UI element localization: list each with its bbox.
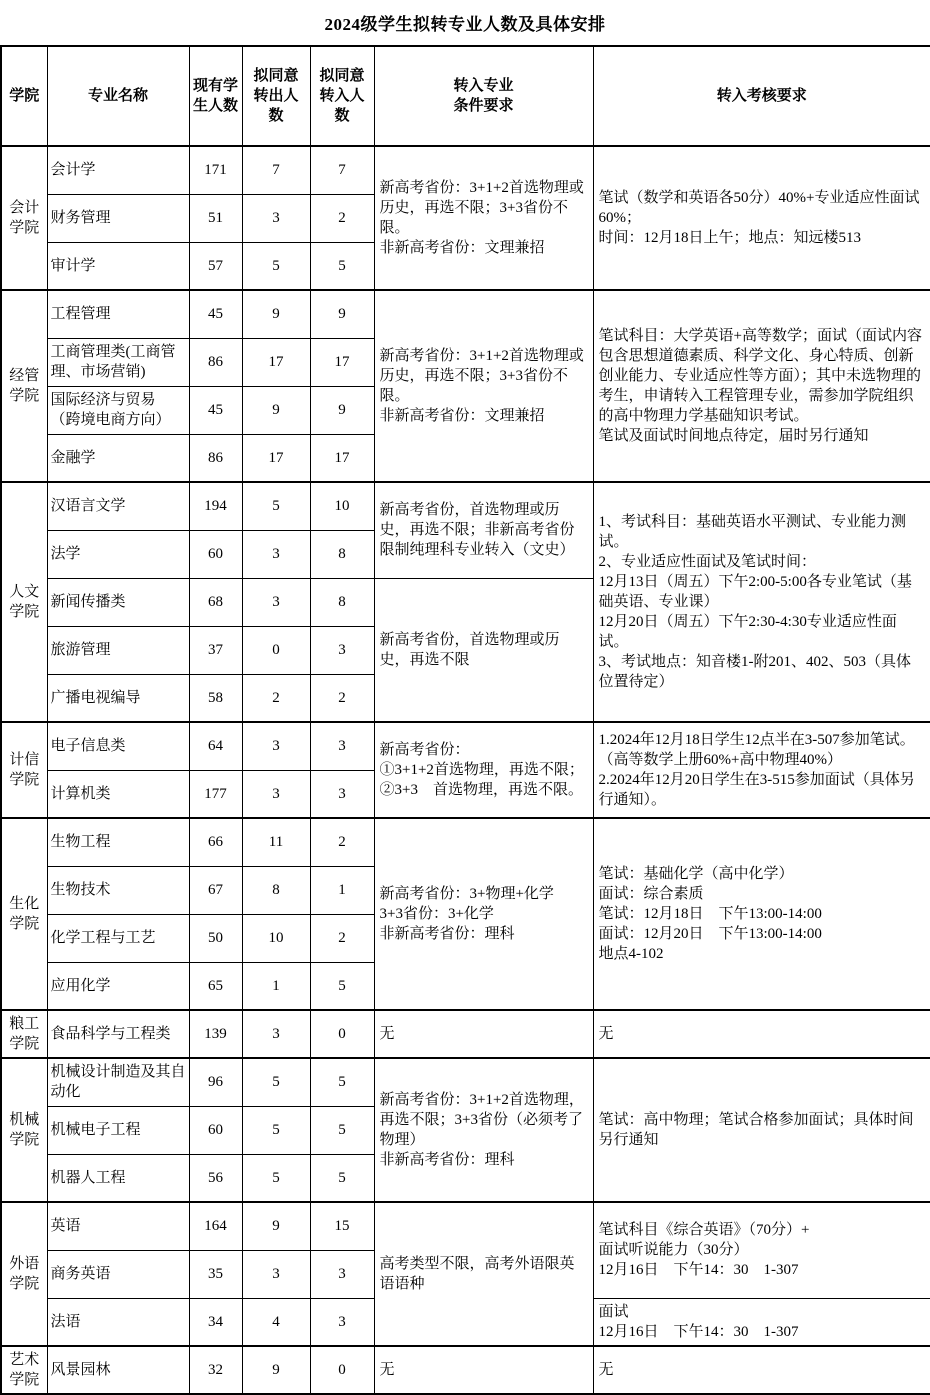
header-current: 现有学 生人数 — [189, 46, 242, 146]
major-cell: 法语 — [47, 1298, 189, 1346]
current-count-cell: 194 — [189, 482, 242, 530]
transfer-in-cell: 10 — [310, 482, 374, 530]
major-cell: 汉语言文学 — [47, 482, 189, 530]
transfer-in-cell: 5 — [310, 962, 374, 1010]
transfer-in-cell: 2 — [310, 818, 374, 866]
transfer-out-cell: 5 — [242, 1154, 310, 1202]
transfer-out-cell: 3 — [242, 194, 310, 242]
transfer-out-cell: 3 — [242, 722, 310, 770]
condition-cell: 新高考省份：3+1+2首选物理或历史，再选不限；3+3省份不限。 非新高考省份：… — [374, 290, 593, 482]
assessment-cell: 笔试（数学和英语各50分）40%+专业适应性面试60%； 时间：12月18日上午… — [593, 146, 930, 290]
transfer-in-cell: 3 — [310, 1250, 374, 1298]
current-count-cell: 68 — [189, 578, 242, 626]
assessment-cell: 笔试：高中物理；笔试合格参加面试；具体时间另行通知 — [593, 1058, 930, 1202]
major-cell: 风景园林 — [47, 1346, 189, 1394]
header-row: 学院 专业名称 现有学 生人数 拟同意 转出人 数 拟同意 转入人 数 转入专业… — [1, 46, 930, 146]
table-row: 人文 学院 汉语言文学 194 5 10 新高考省份，首选物理或历史，再选不限；… — [1, 482, 930, 530]
transfer-out-cell: 9 — [242, 386, 310, 434]
current-count-cell: 57 — [189, 242, 242, 290]
major-cell: 应用化学 — [47, 962, 189, 1010]
table-row: 粮工 学院 食品科学与工程类 139 3 0 无 无 — [1, 1010, 930, 1058]
current-count-cell: 60 — [189, 1106, 242, 1154]
transfer-out-cell: 5 — [242, 242, 310, 290]
transfer-in-cell: 9 — [310, 290, 374, 338]
current-count-cell: 67 — [189, 866, 242, 914]
assessment-cell: 笔试科目：大学英语+高等数学；面试（面试内容包含思想道德素质、科学文化、身心特质… — [593, 290, 930, 482]
major-cell: 英语 — [47, 1202, 189, 1250]
transfer-in-cell: 8 — [310, 578, 374, 626]
header-transfer-in: 拟同意 转入人 数 — [310, 46, 374, 146]
transfer-in-cell: 2 — [310, 194, 374, 242]
transfer-in-cell: 1 — [310, 866, 374, 914]
condition-cell: 新高考省份：3+1+2首选物理或历史，再选不限；3+3省份不限。 非新高考省份：… — [374, 146, 593, 290]
transfer-out-cell: 1 — [242, 962, 310, 1010]
major-cell: 会计学 — [47, 146, 189, 194]
transfer-in-cell: 5 — [310, 1154, 374, 1202]
transfer-in-cell: 3 — [310, 1298, 374, 1346]
transfer-in-cell: 3 — [310, 770, 374, 818]
table-row: 生化 学院 生物工程 66 11 2 新高考省份：3+物理+化学 3+3省份：3… — [1, 818, 930, 866]
current-count-cell: 50 — [189, 914, 242, 962]
current-count-cell: 177 — [189, 770, 242, 818]
transfer-in-cell: 5 — [310, 242, 374, 290]
table-row: 经管 学院 工程管理 45 9 9 新高考省份：3+1+2首选物理或历史，再选不… — [1, 290, 930, 338]
assessment-cell: 笔试：基础化学（高中化学） 面试：综合素质 笔试：12月18日 下午13:00-… — [593, 818, 930, 1010]
major-cell: 旅游管理 — [47, 626, 189, 674]
current-count-cell: 86 — [189, 434, 242, 482]
condition-cell: 新高考省份，首选物理或历史，再选不限 — [374, 578, 593, 722]
major-cell: 审计学 — [47, 242, 189, 290]
transfer-out-cell: 17 — [242, 434, 310, 482]
transfer-in-cell: 8 — [310, 530, 374, 578]
transfer-out-cell: 9 — [242, 1202, 310, 1250]
transfer-out-cell: 5 — [242, 482, 310, 530]
table-row: 外语 学院 英语 164 9 15 高考类型不限，高考外语限英语语种 笔试科目《… — [1, 1202, 930, 1250]
major-cell: 机械电子工程 — [47, 1106, 189, 1154]
college-name-cell: 生化 学院 — [1, 818, 47, 1010]
current-count-cell: 58 — [189, 674, 242, 722]
table-row: 艺术 学院 风景园林 32 9 0 无 无 — [1, 1346, 930, 1394]
transfer-out-cell: 3 — [242, 530, 310, 578]
transfer-in-cell: 17 — [310, 338, 374, 386]
current-count-cell: 66 — [189, 818, 242, 866]
current-count-cell: 96 — [189, 1058, 242, 1106]
current-count-cell: 86 — [189, 338, 242, 386]
major-cell: 金融学 — [47, 434, 189, 482]
major-cell: 法学 — [47, 530, 189, 578]
condition-cell: 新高考省份，首选物理或历史，再选不限；非新高考省份限制纯理科专业转入（文史） — [374, 482, 593, 578]
current-count-cell: 139 — [189, 1010, 242, 1058]
transfer-out-cell: 9 — [242, 1346, 310, 1394]
transfer-in-cell: 0 — [310, 1346, 374, 1394]
major-cell: 广播电视编导 — [47, 674, 189, 722]
transfer-in-cell: 9 — [310, 386, 374, 434]
major-cell: 食品科学与工程类 — [47, 1010, 189, 1058]
current-count-cell: 64 — [189, 722, 242, 770]
transfer-in-cell: 5 — [310, 1058, 374, 1106]
transfer-in-cell: 15 — [310, 1202, 374, 1250]
current-count-cell: 171 — [189, 146, 242, 194]
transfer-out-cell: 3 — [242, 578, 310, 626]
current-count-cell: 35 — [189, 1250, 242, 1298]
college-name-cell: 人文 学院 — [1, 482, 47, 722]
transfer-out-cell: 7 — [242, 146, 310, 194]
transfer-in-cell: 0 — [310, 1010, 374, 1058]
transfer-in-cell: 3 — [310, 722, 374, 770]
major-cell: 化学工程与工艺 — [47, 914, 189, 962]
header-condition: 转入专业 条件要求 — [374, 46, 593, 146]
major-cell: 国际经济与贸易 （跨境电商方向） — [47, 386, 189, 434]
current-count-cell: 32 — [189, 1346, 242, 1394]
major-cell: 生物技术 — [47, 866, 189, 914]
condition-cell: 无 — [374, 1010, 593, 1058]
major-cell: 新闻传播类 — [47, 578, 189, 626]
current-count-cell: 60 — [189, 530, 242, 578]
current-count-cell: 37 — [189, 626, 242, 674]
page-title: 2024级学生拟转专业人数及具体安排 — [0, 0, 930, 45]
condition-cell: 无 — [374, 1346, 593, 1394]
college-name-cell: 经管 学院 — [1, 290, 47, 482]
major-cell: 机械设计制造及其自动化 — [47, 1058, 189, 1106]
condition-cell: 高考类型不限，高考外语限英语语种 — [374, 1202, 593, 1346]
major-cell: 生物工程 — [47, 818, 189, 866]
college-name-cell: 会计 学院 — [1, 146, 47, 290]
table-row: 机械 学院 机械设计制造及其自动化 96 5 5 新高考省份：3+1+2首选物理… — [1, 1058, 930, 1106]
current-count-cell: 45 — [189, 386, 242, 434]
transfer-in-cell: 5 — [310, 1106, 374, 1154]
transfer-out-cell: 17 — [242, 338, 310, 386]
assessment-cell: 笔试科目《综合英语》（70分）+ 面试听说能力（30分） 12月16日 下午14… — [593, 1202, 930, 1298]
transfer-in-cell: 17 — [310, 434, 374, 482]
header-major: 专业名称 — [47, 46, 189, 146]
transfer-out-cell: 0 — [242, 626, 310, 674]
college-name-cell: 计信 学院 — [1, 722, 47, 818]
transfer-out-cell: 2 — [242, 674, 310, 722]
transfer-in-cell: 2 — [310, 914, 374, 962]
header-assessment: 转入考核要求 — [593, 46, 930, 146]
header-college: 学院 — [1, 46, 47, 146]
transfer-out-cell: 8 — [242, 866, 310, 914]
college-name-cell: 艺术 学院 — [1, 1346, 47, 1394]
major-cell: 电子信息类 — [47, 722, 189, 770]
major-cell: 财务管理 — [47, 194, 189, 242]
current-count-cell: 51 — [189, 194, 242, 242]
transfer-in-cell: 3 — [310, 626, 374, 674]
current-count-cell: 56 — [189, 1154, 242, 1202]
current-count-cell: 65 — [189, 962, 242, 1010]
current-count-cell: 34 — [189, 1298, 242, 1346]
assessment-cell: 面试 12月16日 下午14：30 1-307 — [593, 1298, 930, 1346]
table-row: 会计 学院 会计学 171 7 7 新高考省份：3+1+2首选物理或历史，再选不… — [1, 146, 930, 194]
transfer-in-cell: 7 — [310, 146, 374, 194]
major-cell: 工程管理 — [47, 290, 189, 338]
condition-cell: 新高考省份： ①3+1+2首选物理，再选不限； ②3+3 首选物理，再选不限。 — [374, 722, 593, 818]
transfer-out-cell: 9 — [242, 290, 310, 338]
assessment-cell: 1、考试科目：基础英语水平测试、专业能力测试。 2、专业适应性面试及笔试时间： … — [593, 482, 930, 722]
header-transfer-out: 拟同意 转出人 数 — [242, 46, 310, 146]
major-cell: 机器人工程 — [47, 1154, 189, 1202]
transfer-out-cell: 3 — [242, 770, 310, 818]
transfer-out-cell: 4 — [242, 1298, 310, 1346]
transfer-out-cell: 3 — [242, 1250, 310, 1298]
transfer-out-cell: 3 — [242, 1010, 310, 1058]
major-cell: 计算机类 — [47, 770, 189, 818]
assessment-cell: 无 — [593, 1010, 930, 1058]
condition-cell: 新高考省份：3+1+2首选物理，再选不限；3+3省份（必须考了物理） 非新高考省… — [374, 1058, 593, 1202]
college-name-cell: 机械 学院 — [1, 1058, 47, 1202]
table-row: 计信 学院 电子信息类 64 3 3 新高考省份： ①3+1+2首选物理，再选不… — [1, 722, 930, 770]
transfer-out-cell: 10 — [242, 914, 310, 962]
major-cell: 商务英语 — [47, 1250, 189, 1298]
current-count-cell: 45 — [189, 290, 242, 338]
assessment-cell: 无 — [593, 1346, 930, 1394]
major-cell: 工商管理类(工商管理、市场营销) — [47, 338, 189, 386]
college-name-cell: 外语 学院 — [1, 1202, 47, 1346]
college-name-cell: 粮工 学院 — [1, 1010, 47, 1058]
transfer-out-cell: 5 — [242, 1106, 310, 1154]
transfer-out-cell: 11 — [242, 818, 310, 866]
transfer-table: 学院 专业名称 现有学 生人数 拟同意 转出人 数 拟同意 转入人 数 转入专业… — [0, 45, 930, 1395]
page: 2024级学生拟转专业人数及具体安排 学院 专业名称 现有学 生人数 拟同意 转… — [0, 0, 930, 1395]
assessment-cell: 1.2024年12月18日学生12点半在3-507参加笔试。（高等数学上册60%… — [593, 722, 930, 818]
current-count-cell: 164 — [189, 1202, 242, 1250]
condition-cell: 新高考省份：3+物理+化学 3+3省份：3+化学 非新高考省份：理科 — [374, 818, 593, 1010]
transfer-out-cell: 5 — [242, 1058, 310, 1106]
transfer-in-cell: 2 — [310, 674, 374, 722]
